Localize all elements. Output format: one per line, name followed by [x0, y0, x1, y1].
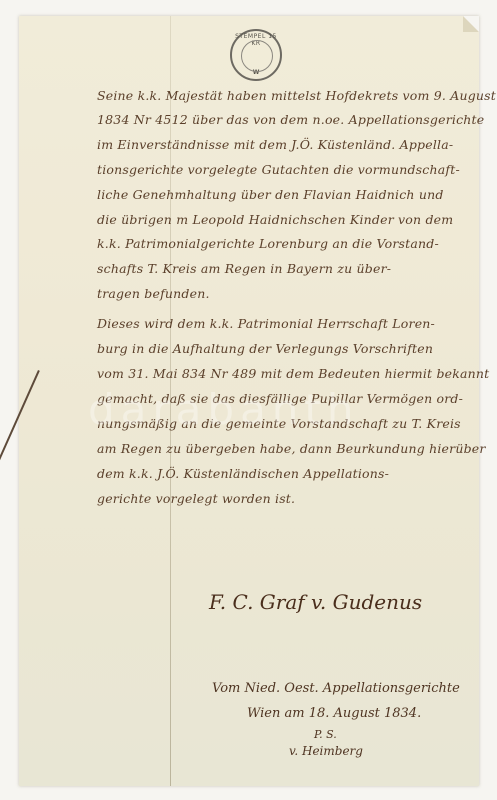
folded-corner — [463, 16, 479, 32]
body-line: k.k. Patrimonialgerichte Lorenburg an di… — [97, 236, 439, 251]
body-line: liche Genehmhaltung über den Flavian Hai… — [97, 187, 444, 202]
body-line: Seine k.k. Majestät haben mittelst Hofde… — [97, 88, 496, 103]
document-paper: STEMPEL 15 KR W Seine k.k. Majestät habe… — [19, 16, 479, 786]
body-line: dem k.k. J.Ö. Küstenländischen Appellati… — [97, 466, 389, 481]
countersignature: v. Heimberg — [289, 744, 363, 758]
body-line: gemacht, daß sie das diesfällige Pupilla… — [97, 391, 463, 406]
body-line: nungsmäßig an die gemeinte Vorstandschaf… — [97, 416, 461, 431]
body-line: vom 31. Mai 834 Nr 489 mit dem Bedeuten … — [97, 366, 489, 381]
signature: F. C. Graf v. Gudenus — [209, 590, 422, 614]
body-line: tragen befunden. — [97, 286, 210, 301]
body-line: im Einverständnisse mit dem J.Ö. Küstenl… — [97, 137, 453, 152]
tax-stamp: STEMPEL 15 KR W — [230, 29, 282, 81]
court-name: Vom Nied. Oest. Appellationsgerichte — [212, 681, 460, 696]
stamp-mark: W — [232, 69, 280, 76]
body-line: gerichte vorgelegt worden ist. — [97, 491, 295, 506]
place-date: Wien am 18. August 1834. — [247, 706, 421, 721]
body-line: tionsgerichte vorgelegte Gutachten die v… — [97, 162, 460, 177]
stamp-text: STEMPEL 15 KR — [232, 33, 280, 47]
initials: P. S. — [314, 728, 337, 741]
body-line: am Regen zu übergeben habe, dann Beurkun… — [97, 441, 486, 456]
body-line: schafts T. Kreis am Regen in Bayern zu ü… — [97, 261, 391, 276]
body-line: burg in die Aufhaltung der Verlegungs Vo… — [97, 341, 433, 356]
body-line: 1834 Nr 4512 über das von dem n.oe. Appe… — [97, 112, 484, 127]
body-line: Dieses wird dem k.k. Patrimonial Herrsch… — [97, 316, 435, 331]
body-line: die übrigen m Leopold Haidnichschen Kind… — [97, 212, 453, 227]
